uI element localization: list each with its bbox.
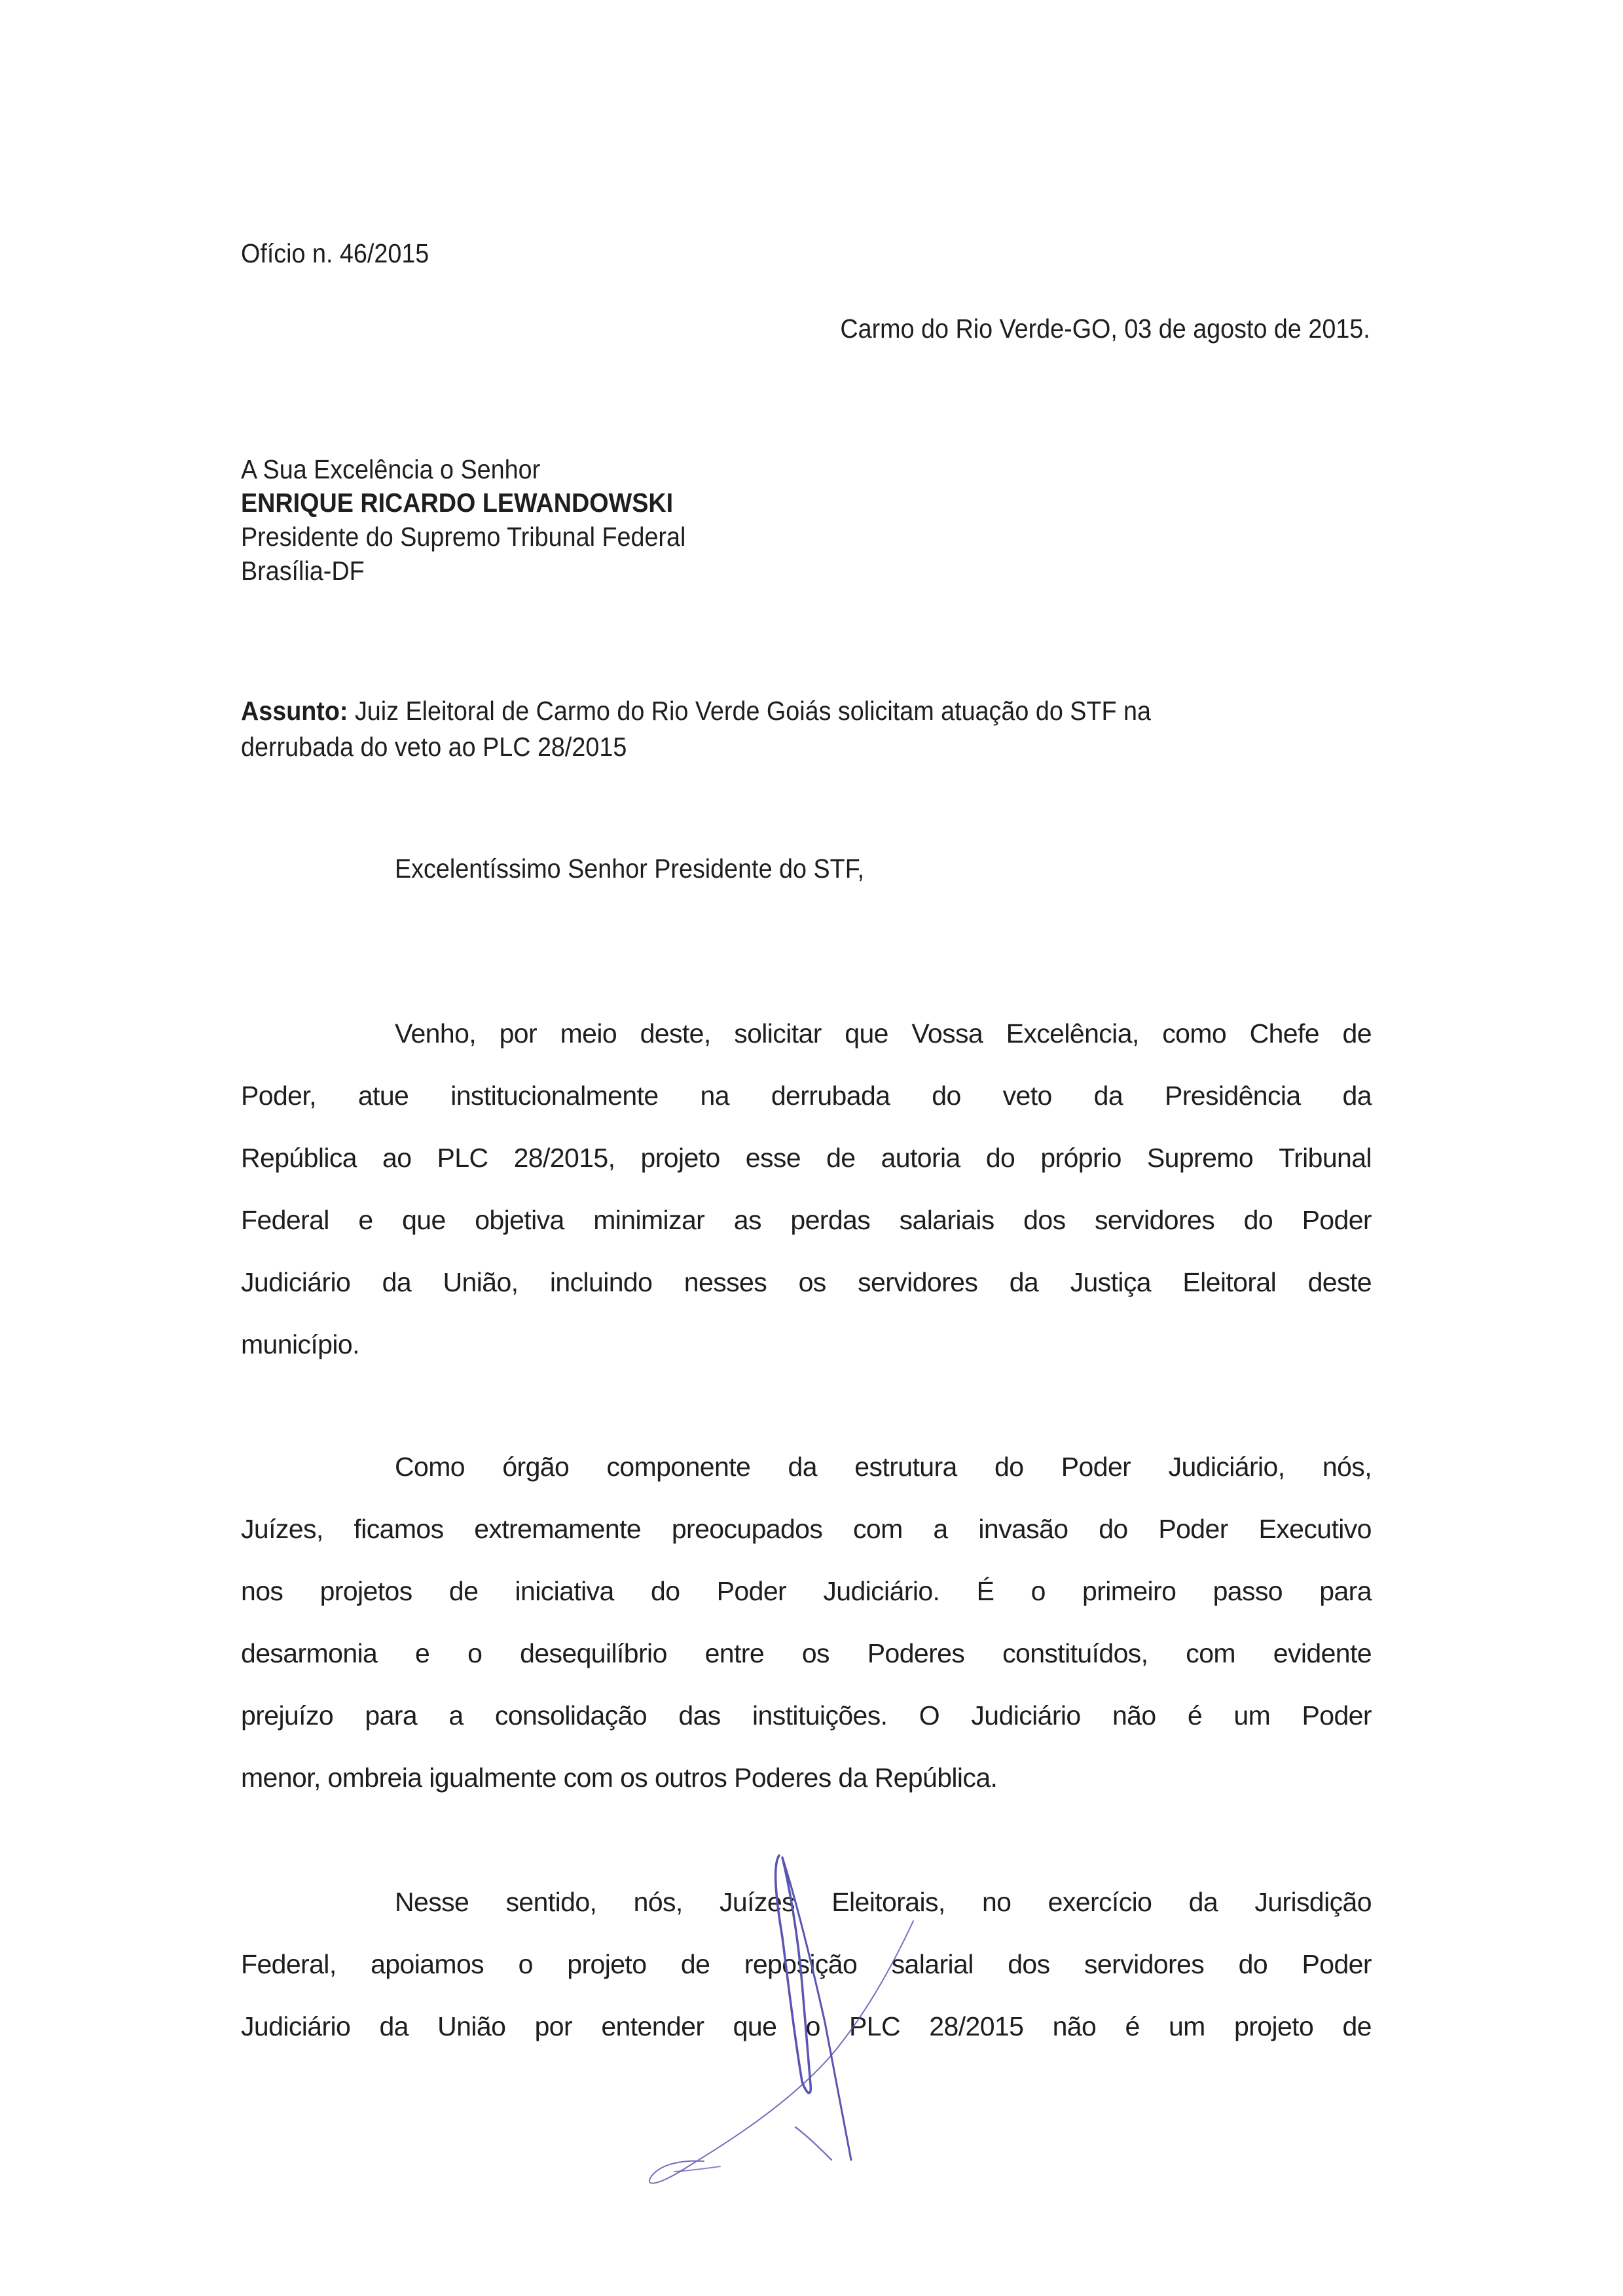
subject-line-2: derrubada do veto ao PLC 28/2015 <box>241 734 627 761</box>
recipient-salutation: A Sua Excelência o Senhor <box>241 456 540 483</box>
recipient-location: Brasília-DF <box>241 558 365 584</box>
subject-text-1: Juiz Eleitoral de Carmo do Rio Verde Goi… <box>355 696 1151 726</box>
body-line: Juízes,ficamosextremamentepreocupadoscom… <box>241 1516 1372 1543</box>
oficio-number: Ofício n. 46/2015 <box>241 240 429 267</box>
recipient-title: Presidente do Supremo Tribunal Federal <box>241 524 685 550</box>
body-line: JudiciáriodaUniãoporentenderqueoPLC28/20… <box>241 2013 1372 2040</box>
letter-page: Ofício n. 46/2015 Carmo do Rio Verde-GO,… <box>0 0 1623 2296</box>
body-line: Federalequeobjetivaminimizarasperdassala… <box>241 1207 1372 1234</box>
body-line: Nessesentido,nós,JuízesEleitorais,noexer… <box>395 1889 1372 1916</box>
body-line: nosprojetosdeiniciativadoPoderJudiciário… <box>241 1578 1372 1605</box>
place-date: Carmo do Rio Verde-GO, 03 de agosto de 2… <box>841 315 1370 342</box>
body-line: ComoórgãocomponentedaestruturadoPoderJud… <box>395 1454 1372 1480</box>
body-line: prejuízoparaaconsolidaçãodasinstituições… <box>241 1702 1372 1729</box>
body-line: Venho,pormeiodeste,solicitarqueVossaExce… <box>395 1020 1372 1047</box>
body-line: menor, ombreia igualmente com os outros … <box>241 1765 997 1791</box>
body-line: município. <box>241 1331 359 1358</box>
recipient-name: ENRIQUE RICARDO LEWANDOWSKI <box>241 490 673 516</box>
body-line: JudiciáriodaUnião,incluindonessesosservi… <box>241 1269 1372 1296</box>
subject-label: Assunto: <box>241 696 348 726</box>
body-line: Federal,apoiamosoprojetodereposiçãosalar… <box>241 1951 1372 1978</box>
body-line: RepúblicaaoPLC28/2015,projetoessedeautor… <box>241 1145 1372 1172</box>
body-line: desarmoniaeodesequilíbrioentreosPoderesc… <box>241 1640 1372 1667</box>
body-line: Poder,atueinstitucionalmentenaderrubadad… <box>241 1083 1372 1109</box>
subject-line-1: Assunto: Juiz Eleitoral de Carmo do Rio … <box>241 698 1151 725</box>
greeting: Excelentíssimo Senhor Presidente do STF, <box>395 855 864 882</box>
